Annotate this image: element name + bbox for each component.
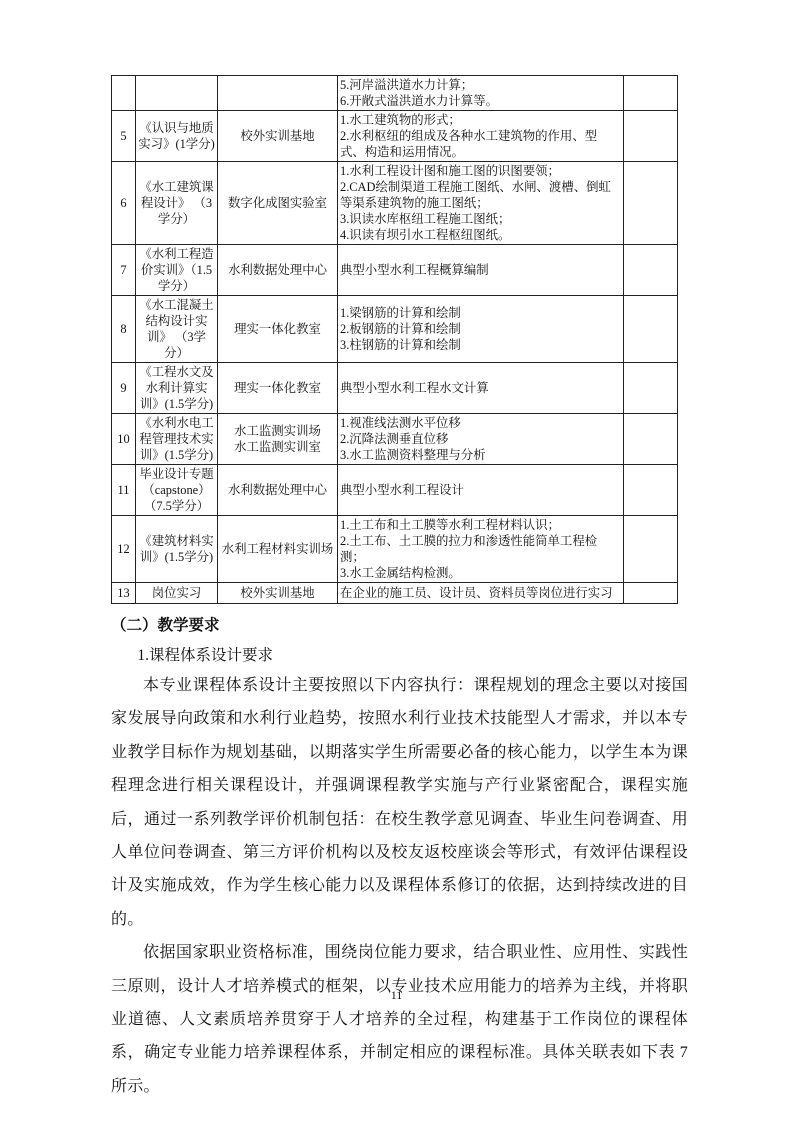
cell-content: 1.土工布和土工膜等水利工程材料认识； 2.土工布、土工膜的拉力和渗透性能简单工…: [338, 516, 624, 583]
cell-content: 典型小型水利工程概算编制: [338, 245, 624, 296]
cell-content: 1.水工建筑物的形式； 2.水利枢纽的组成及各种水工建筑物的作用、型式、构造和运…: [338, 111, 624, 162]
cell-content: 5.河岸溢洪道水力计算； 6.开敞式溢洪道水力计算等。: [338, 76, 624, 111]
cell-location: 水工监测实训场 水工监测实训室: [218, 414, 338, 465]
cell-content: 1.视准线法测水平位移 2.沉降法测垂直位移 3.水工监测资料整理与分析: [338, 414, 624, 465]
cell-course: [136, 76, 218, 111]
cell-note: [624, 583, 678, 604]
cell-no: 11: [112, 465, 136, 516]
table-row: 5.河岸溢洪道水力计算； 6.开敞式溢洪道水力计算等。: [112, 76, 678, 111]
table-row: 13 岗位实习 校外实训基地 在企业的施工员、设计员、资料员等岗位进行实习: [112, 583, 678, 604]
cell-no: 7: [112, 245, 136, 296]
practical-training-table: 5.河岸溢洪道水力计算； 6.开敞式溢洪道水力计算等。 5 《认识与地质实习》(…: [111, 75, 678, 604]
table-row: 6 《水工建筑课程设计》 （3学分） 数字化成图实验室 1.水利工程设计图和施工…: [112, 162, 678, 245]
cell-location: 水利数据处理中心: [218, 245, 338, 296]
table-row: 10 《水利水电工程管理技术实训》(1.5学分) 水工监测实训场 水工监测实训室…: [112, 414, 678, 465]
cell-note: [624, 516, 678, 583]
page-content: 5.河岸溢洪道水力计算； 6.开敞式溢洪道水力计算等。 5 《认识与地质实习》(…: [111, 0, 688, 1103]
cell-content: 典型小型水利工程水文计算: [338, 363, 624, 414]
cell-course: 《水利水电工程管理技术实训》(1.5学分): [136, 414, 218, 465]
cell-no: 5: [112, 111, 136, 162]
cell-location: 理实一体化教室: [218, 363, 338, 414]
cell-course: 《建筑材料实训》(1.5学分): [136, 516, 218, 583]
cell-note: [624, 245, 678, 296]
cell-note: [624, 465, 678, 516]
cell-content: 典型小型水利工程设计: [338, 465, 624, 516]
table-row: 5 《认识与地质实习》(1学分) 校外实训基地 1.水工建筑物的形式； 2.水利…: [112, 111, 678, 162]
cell-location: 水利数据处理中心: [218, 465, 338, 516]
cell-no: 9: [112, 363, 136, 414]
cell-location: [218, 76, 338, 111]
cell-location: 水利工程材料实训场: [218, 516, 338, 583]
cell-note: [624, 414, 678, 465]
cell-note: [624, 296, 678, 363]
table-row: 11 毕业设计专题（capstone）（7.5学分） 水利数据处理中心 典型小型…: [112, 465, 678, 516]
document-page: 5.河岸溢洪道水力计算； 6.开敞式溢洪道水力计算等。 5 《认识与地质实习》(…: [0, 0, 793, 1122]
cell-course: 毕业设计专题（capstone）（7.5学分）: [136, 465, 218, 516]
cell-no: 8: [112, 296, 136, 363]
cell-content: 在企业的施工员、设计员、资料员等岗位进行实习: [338, 583, 624, 604]
cell-course: 《水利工程造价实训》（1.5学分）: [136, 245, 218, 296]
section-heading: （二）教学要求: [111, 613, 688, 639]
cell-no: 13: [112, 583, 136, 604]
cell-course: 岗位实习: [136, 583, 218, 604]
table-row: 9 《工程水文及水利计算实训》(1.5学分) 理实一体化教室 典型小型水利工程水…: [112, 363, 678, 414]
cell-course: 《工程水文及水利计算实训》(1.5学分): [136, 363, 218, 414]
table-row: 12 《建筑材料实训》(1.5学分) 水利工程材料实训场 1.土工布和土工膜等水…: [112, 516, 678, 583]
cell-content: 1.梁钢筋的计算和绘制 2.板钢筋的计算和绘制 3.柱钢筋的计算和绘制: [338, 296, 624, 363]
sub-heading: 1.课程体系设计要求: [111, 643, 688, 669]
body-paragraph: 依据国家职业资格标准，围绕岗位能力要求，结合职业性、应用性、实践性三原则，设计人…: [111, 936, 688, 1103]
cell-no: 12: [112, 516, 136, 583]
cell-no: [112, 76, 136, 111]
cell-note: [624, 363, 678, 414]
cell-location: 数字化成图实验室: [218, 162, 338, 245]
cell-note: [624, 111, 678, 162]
cell-note: [624, 76, 678, 111]
table-row: 8 《水工混凝土结构设计实训》 （3学分） 理实一体化教室 1.梁钢筋的计算和绘…: [112, 296, 678, 363]
cell-content: 1.水利工程设计图和施工图的识图要领； 2.CAD绘制渠道工程施工图纸、水闸、渡…: [338, 162, 624, 245]
cell-location: 理实一体化教室: [218, 296, 338, 363]
table-row: 7 《水利工程造价实训》（1.5学分） 水利数据处理中心 典型小型水利工程概算编…: [112, 245, 678, 296]
cell-course: 《水工混凝土结构设计实训》 （3学分）: [136, 296, 218, 363]
cell-location: 校外实训基地: [218, 583, 338, 604]
cell-note: [624, 162, 678, 245]
page-number: 11: [0, 988, 793, 1003]
cell-course: 《认识与地质实习》(1学分): [136, 111, 218, 162]
cell-course: 《水工建筑课程设计》 （3学分）: [136, 162, 218, 245]
body-paragraph: 本专业课程体系设计主要按照以下内容执行：课程规划的理念主要以对接国家发展导向政策…: [111, 669, 688, 936]
cell-location: 校外实训基地: [218, 111, 338, 162]
cell-no: 10: [112, 414, 136, 465]
cell-no: 6: [112, 162, 136, 245]
